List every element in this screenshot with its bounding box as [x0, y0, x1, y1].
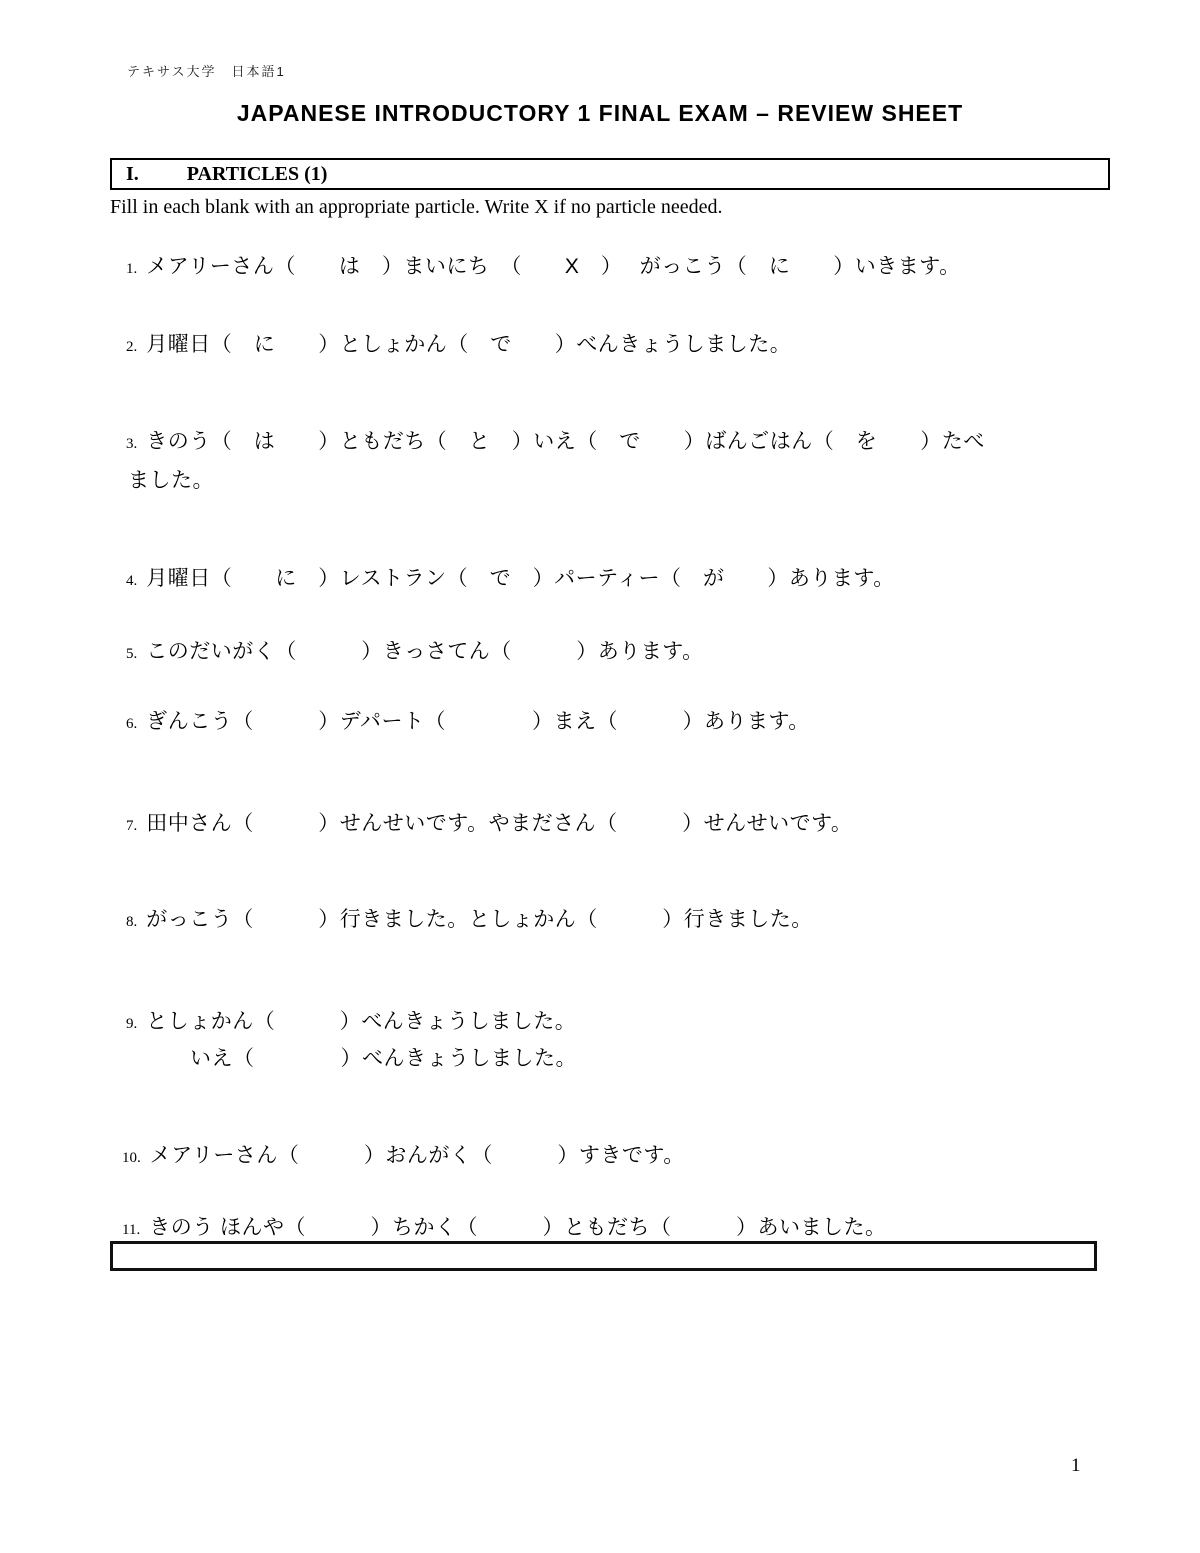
question-text: メアリーさん（ ）おんがく（ ）すきです。 [150, 1144, 685, 1167]
question-number: 1. [126, 261, 137, 277]
question-text: ぎんこう（ ）デパート（ ）まえ（ ）あります。 [146, 710, 810, 733]
question-item-11: 11.きのう ほんや（ ）ちかく（ ）ともだち（ ）あいました。 [122, 1211, 1102, 1241]
question-number: 7. [126, 818, 137, 834]
question-item-5: 5.このだいがく（ ）きっさてん（ ）あります。 [126, 635, 1106, 665]
question-number: 3. [126, 436, 137, 452]
question-number: 10. [122, 1150, 141, 1166]
question-item-9: 9.としょかん（ ）べんきょうしました。 [126, 1005, 1106, 1035]
question-item-7: 7.田中さん（ ）せんせいです。やまださん（ ）せんせいです。 [126, 807, 1106, 837]
section-title: PARTICLES (1) [187, 163, 328, 185]
question-item-8: 8.がっこう（ ）行きました。としょかん（ ）行きました。 [126, 903, 1106, 933]
section-heading-box: I.PARTICLES (1) [110, 158, 1110, 190]
section-numeral: I. [126, 163, 139, 185]
header-note: テキサス大学 日本語1 [127, 61, 286, 80]
question-number: 8. [126, 914, 137, 930]
question-text: メアリーさん（ は ）まいにち （ X ） がっこう（ に ）いきます。 [146, 255, 960, 278]
question-number: 4. [126, 573, 137, 589]
question-item-2: 2.月曜日（ に ）としょかん（ で ）べんきょうしました。 [126, 328, 1106, 358]
question-item-10: 10.メアリーさん（ ）おんがく（ ）すきです。 [122, 1139, 1102, 1169]
question-number: 2. [126, 339, 137, 355]
question-text: きのう ほんや（ ）ちかく（ ）ともだち（ ）あいました。 [149, 1216, 886, 1239]
empty-answer-box [110, 1241, 1097, 1271]
question-text: 田中さん（ ）せんせいです。やまださん（ ）せんせいです。 [146, 812, 852, 835]
question-text: いえ（ ）べんきょうしました。 [190, 1047, 577, 1070]
question-text: きのう（ は ）ともだち（ と ）いえ（ で ）ばんごはん（ を ）たべ [146, 430, 985, 453]
question-text: がっこう（ ）行きました。としょかん（ ）行きました。 [146, 908, 813, 931]
question-text: としょかん（ ）べんきょうしました。 [146, 1010, 576, 1033]
question-number: 6. [126, 716, 137, 732]
question-number: 9. [126, 1016, 137, 1032]
question-item-6: 6.ぎんこう（ ）デパート（ ）まえ（ ）あります。 [126, 705, 1106, 735]
document-page: テキサス大学 日本語1 JAPANESE INTRODUCTORY 1 FINA… [0, 0, 1200, 1553]
question-text: 月曜日（ に ）としょかん（ で ）べんきょうしました。 [146, 333, 791, 356]
question-item-3-continuation: ました。 [128, 464, 1108, 494]
question-item-3: 3.きのう（ は ）ともだち（ と ）いえ（ で ）ばんごはん（ を ）たべ [126, 425, 1106, 455]
question-item-4: 4.月曜日（ に ）レストラン（ で ）パーティー（ が ）あります。 [126, 562, 1106, 592]
page-number: 1 [1071, 1455, 1081, 1477]
instructions-text: Fill in each blank with an appropriate p… [110, 196, 723, 219]
question-item-1: 1.メアリーさん（ は ）まいにち （ X ） がっこう（ に ）いきます。 [126, 250, 1106, 280]
question-text: ました。 [128, 469, 214, 492]
question-number: 11. [122, 1222, 140, 1238]
question-text: このだいがく（ ）きっさてん（ ）あります。 [146, 640, 703, 663]
page-title: JAPANESE INTRODUCTORY 1 FINAL EXAM – REV… [0, 100, 1200, 127]
question-text: 月曜日（ に ）レストラン（ で ）パーティー（ が ）あります。 [146, 567, 895, 590]
question-item-9-continuation: いえ（ ）べんきょうしました。 [190, 1042, 1170, 1072]
question-number: 5. [126, 646, 137, 662]
